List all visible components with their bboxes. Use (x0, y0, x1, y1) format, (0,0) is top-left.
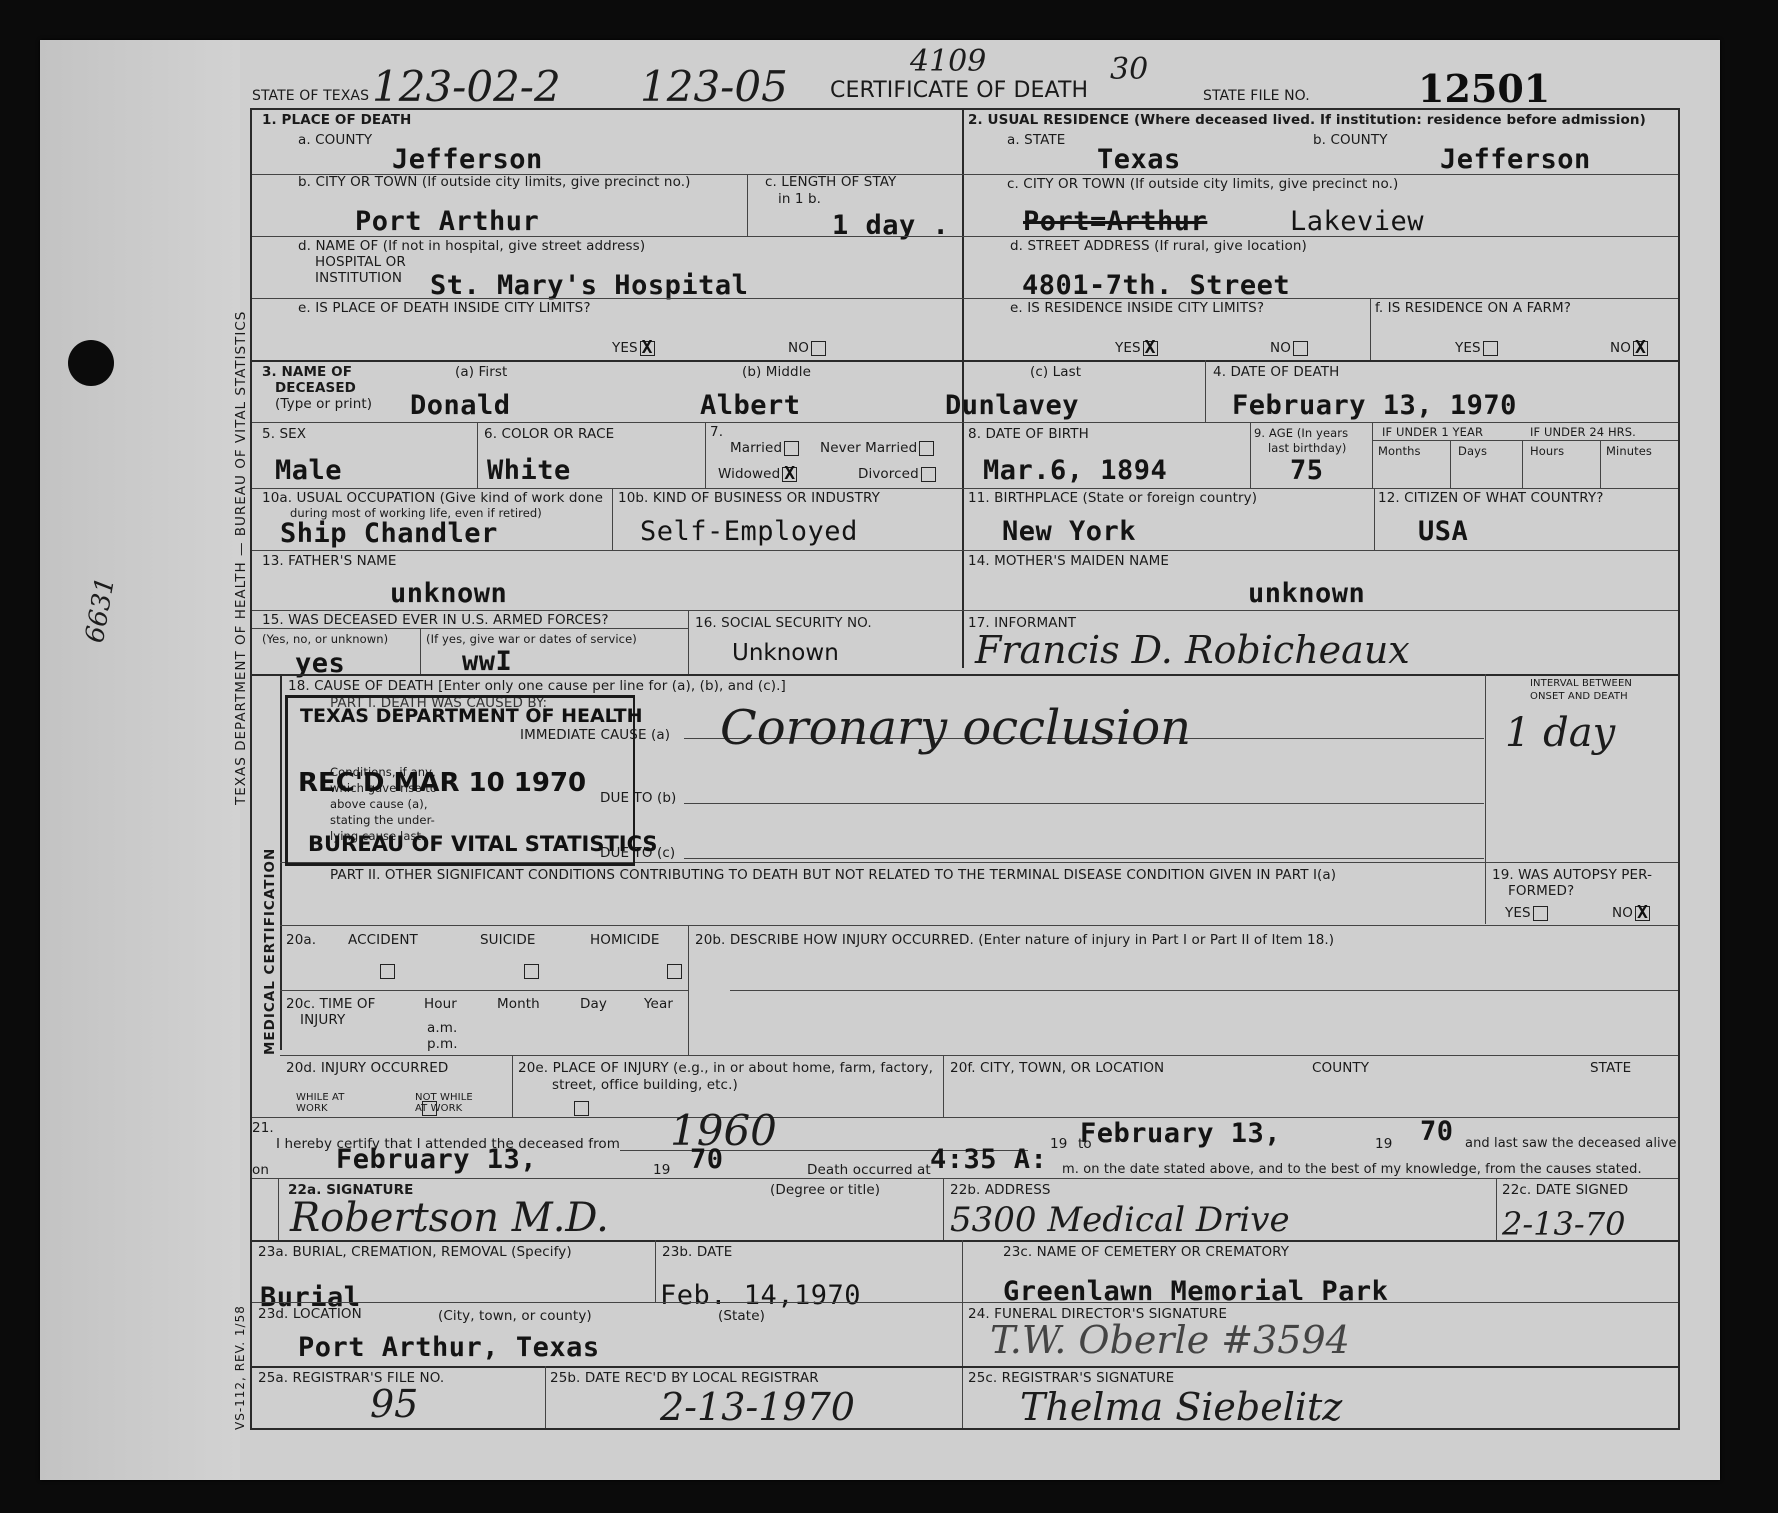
informant-signature: Francis D. Robicheaux (975, 628, 1410, 672)
business-value: Self-Employed (640, 516, 858, 547)
degree-label: (Degree or title) (770, 1182, 880, 1198)
physician-signature: Robertson M.D. (290, 1195, 609, 1241)
injury-county-label: COUNTY (1312, 1060, 1369, 1076)
place-of-injury-label-2: street, office building, etc.) (552, 1077, 738, 1093)
res-farm-yes[interactable]: YES (1455, 340, 1498, 356)
from-19: 19 (1050, 1136, 1067, 1152)
accident-checkbox[interactable] (380, 964, 395, 979)
date-of-death-label: 4. DATE OF DEATH (1213, 364, 1339, 380)
checkbox[interactable] (919, 441, 934, 456)
cause-of-death-label: 18. CAUSE OF DEATH [Enter only one cause… (288, 678, 786, 694)
ssn-label: 16. SOCIAL SECURITY NO. (695, 615, 872, 631)
registrar-signature: Thelma Siebelitz (1020, 1385, 1342, 1429)
res-farm-no[interactable]: NO (1610, 340, 1648, 356)
checkbox-checked[interactable] (782, 467, 797, 482)
checkbox[interactable] (921, 467, 936, 482)
sex-value: Male (275, 455, 342, 486)
res-county-label: b. COUNTY (1313, 132, 1388, 148)
part2-label: PART II. OTHER SIGNIFICANT CONDITIONS CO… (330, 867, 1336, 883)
attended-to-year: 70 (1420, 1116, 1454, 1147)
not-while-at-work-label: NOT WHILE AT WORK (415, 1092, 480, 1114)
burial-date-value: Feb. 14,1970 (660, 1280, 861, 1311)
length-of-stay-label-2: in 1 b. (778, 191, 821, 207)
occupation-value: Ship Chandler (280, 518, 498, 549)
handwritten-top-1: 4109 (910, 44, 986, 79)
handwritten-top-2: 30 (1110, 52, 1148, 87)
state-of-texas-label: STATE OF TEXAS (252, 88, 369, 104)
last-name-label: (c) Last (1030, 364, 1081, 380)
pm-label: p.m. (427, 1036, 458, 1052)
citizen-value: USA (1418, 516, 1468, 547)
injury-20a-label: 20a. (286, 932, 316, 948)
autopsy-label-2: FORMED? (1508, 883, 1574, 899)
checkbox[interactable] (1293, 341, 1308, 356)
mother-label: 14. MOTHER'S MAIDEN NAME (968, 553, 1169, 569)
sex-label: 5. SEX (262, 426, 306, 442)
hospital-label: d. NAME OF (If not in hospital, give str… (298, 238, 645, 254)
handwritten-code-1: 123-02-2 (372, 62, 561, 111)
pod-inside-city-no[interactable]: NO (788, 340, 826, 356)
left-margin-department-label: TEXAS DEPARTMENT OF HEALTH — BUREAU OF V… (233, 311, 249, 805)
checkbox-checked[interactable] (640, 341, 655, 356)
under-24-hrs-label: IF UNDER 24 HRS. (1530, 425, 1636, 439)
medical-certification-label: MEDICAL CERTIFICATION (262, 848, 278, 1055)
accident-label: ACCIDENT (348, 932, 418, 948)
registrar-date-value: 2-13-1970 (660, 1385, 855, 1429)
res-inside-city-label: e. IS RESIDENCE INSIDE CITY LIMITS? (1010, 300, 1264, 316)
month-label: Month (497, 996, 540, 1012)
last-saw-date: February 13, (336, 1144, 537, 1175)
age-label: 9. AGE (In years (1254, 426, 1348, 440)
certification-number: 21. (252, 1120, 274, 1136)
immediate-cause-value: Coronary occlusion (720, 700, 1191, 756)
hours-label: Hours (1530, 444, 1564, 458)
stamp-line-1: TEXAS DEPARTMENT OF HEALTH (300, 705, 642, 727)
injury-city-label: 20f. CITY, TOWN, OR LOCATION (950, 1060, 1164, 1076)
ssn-value: Unknown (732, 640, 839, 666)
last-saw-text: and last saw the deceased alive (1465, 1136, 1677, 1151)
interval-value: 1 day (1505, 710, 1615, 756)
registrar-date-label: 25b. DATE REC'D BY LOCAL REGISTRAR (550, 1370, 819, 1386)
state-file-no-label: STATE FILE NO. (1203, 88, 1310, 104)
months-label: Months (1378, 444, 1421, 458)
handwritten-code-2: 123-05 (640, 62, 788, 111)
funeral-director-signature: T.W. Oberle #3594 (990, 1318, 1350, 1362)
homicide-checkbox[interactable] (667, 964, 682, 979)
checkbox-checked[interactable] (1635, 906, 1650, 921)
hour-label: Hour (424, 996, 457, 1012)
injury-state-label: STATE (1590, 1060, 1631, 1076)
injury-description-label: 20b. DESCRIBE HOW INJURY OCCURRED. (Ente… (695, 932, 1334, 948)
dob-label: 8. DATE OF BIRTH (968, 426, 1089, 442)
stamp-line-2: REC'D MAR 10 1970 (298, 768, 586, 798)
under-1-year-label: IF UNDER 1 YEAR (1382, 425, 1483, 439)
state-file-number: 12501 (1418, 66, 1550, 111)
punch-hole (68, 340, 114, 386)
hospital-label-2: HOSPITAL OR (315, 254, 406, 270)
residence-label: 2. USUAL RESIDENCE (Where deceased lived… (968, 112, 1646, 128)
death-time-suffix: m. on the date stated above, and to the … (1062, 1162, 1642, 1177)
on-label: on (252, 1162, 269, 1178)
res-street-label: d. STREET ADDRESS (If rural, give locati… (1010, 238, 1307, 254)
name-label-2: DECEASED (275, 380, 356, 396)
birthplace-label: 11. BIRTHPLACE (State or foreign country… (968, 490, 1257, 506)
marital-label: 7. (710, 424, 723, 440)
date-signed-label: 22c. DATE SIGNED (1502, 1182, 1628, 1198)
autopsy-no[interactable]: NO (1612, 905, 1650, 921)
age-label-2: last birthday) (1268, 441, 1346, 455)
divorced-option[interactable]: Divorced (858, 466, 936, 482)
birthplace-value: New York (1002, 516, 1136, 547)
first-name-value: Donald (410, 390, 511, 421)
length-of-stay-label: c. LENGTH OF STAY (765, 174, 896, 190)
res-county-value: Jefferson (1440, 144, 1591, 175)
attended-to-date: February 13, (1080, 1118, 1281, 1149)
burial-date-label: 23b. DATE (662, 1244, 732, 1260)
burial-state-sublabel: (State) (718, 1308, 765, 1324)
time-of-injury-label: 20c. TIME OF (286, 996, 375, 1012)
name-label-3: (Type or print) (275, 396, 372, 412)
place-of-death-label: 1. PLACE OF DEATH (262, 112, 411, 128)
interval-label: INTERVAL BETWEEN (1530, 678, 1632, 689)
certificate-title: CERTIFICATE OF DEATH (830, 78, 1088, 103)
checkbox[interactable] (1533, 906, 1548, 921)
cemetery-label: 23c. NAME OF CEMETERY OR CREMATORY (1003, 1244, 1289, 1260)
death-time-value: 4:35 A: (930, 1144, 1047, 1175)
interval-label-2: ONSET AND DEATH (1530, 691, 1628, 702)
widowed-option[interactable]: Widowed (718, 466, 797, 482)
pod-county-label: a. COUNTY (298, 132, 372, 148)
age-value: 75 (1290, 455, 1324, 486)
res-street-value: 4801-7th. Street (1022, 270, 1290, 301)
father-value: unknown (390, 578, 507, 609)
suicide-checkbox[interactable] (524, 964, 539, 979)
physician-address-label: 22b. ADDRESS (950, 1182, 1051, 1198)
armed-forces-label: 15. WAS DECEASED EVER IN U.S. ARMED FORC… (262, 612, 609, 628)
while-at-work-label: WHILE AT WORK (296, 1092, 356, 1114)
pod-inside-city-label: e. IS PLACE OF DEATH INSIDE CITY LIMITS? (298, 300, 591, 316)
burial-location-value: Port Arthur, Texas (298, 1332, 600, 1363)
checkbox-checked[interactable] (1143, 341, 1158, 356)
homicide-label: HOMICIDE (590, 932, 660, 948)
autopsy-label: 19. WAS AUTOPSY PER- (1492, 867, 1652, 883)
res-inside-city-yes[interactable]: YES (1115, 340, 1158, 356)
race-label: 6. COLOR OR RACE (484, 426, 614, 442)
days-label: Days (1458, 444, 1487, 458)
checkbox[interactable] (811, 341, 826, 356)
war-value: wwI (462, 646, 512, 677)
registrar-file-value: 95 (370, 1382, 418, 1426)
stamp-line-3: BUREAU OF VITAL STATISTICS (308, 832, 658, 856)
business-label: 10b. KIND OF BUSINESS OR INDUSTRY (618, 490, 880, 506)
hospital-value: St. Mary's Hospital (430, 270, 748, 301)
not-while-at-work-checkbox[interactable] (574, 1101, 589, 1116)
pod-county-value: Jefferson (392, 144, 543, 175)
minutes-label: Minutes (1606, 444, 1652, 458)
married-option[interactable]: Married (730, 440, 799, 456)
name-label: 3. NAME OF (262, 364, 352, 380)
burial-location-sublabel: (City, town, or county) (438, 1308, 592, 1324)
place-of-injury-label: 20e. PLACE OF INJURY (e.g., in or about … (518, 1060, 933, 1076)
date-of-death-value: February 13, 1970 (1232, 390, 1517, 421)
dob-value: Mar.6, 1894 (983, 455, 1167, 486)
date-signed-value: 2-13-70 (1502, 1205, 1625, 1243)
first-name-label: (a) First (455, 364, 507, 380)
res-city-value: Lakeview (1290, 206, 1424, 237)
registrar-signature-label: 25c. REGISTRAR'S SIGNATURE (968, 1370, 1174, 1386)
res-inside-city-no[interactable]: NO (1270, 340, 1308, 356)
armed-sub-label-2: (If yes, give war or dates of service) (426, 632, 637, 646)
pod-city-label: b. CITY OR TOWN (If outside city limits,… (298, 174, 690, 190)
race-value: White (487, 455, 571, 486)
never-married-option[interactable]: Never Married (820, 440, 934, 456)
middle-name-label: (b) Middle (742, 364, 811, 380)
middle-name-value: Albert (700, 390, 801, 421)
checkbox[interactable] (1483, 341, 1498, 356)
res-state-value: Texas (1097, 144, 1181, 175)
death-occurred-label: Death occurred at (807, 1162, 931, 1178)
hospital-label-3: INSTITUTION (315, 270, 402, 286)
res-city-label: c. CITY OR TOWN (If outside city limits,… (1007, 176, 1398, 192)
pod-city-value: Port Arthur (355, 206, 539, 237)
physician-address-value: 5300 Medical Drive (950, 1200, 1290, 1240)
checkbox[interactable] (784, 441, 799, 456)
am-label: a.m. (427, 1020, 457, 1036)
day-label: Day (580, 996, 607, 1012)
burial-location-label: 23d. LOCATION (258, 1306, 362, 1322)
suicide-label: SUICIDE (480, 932, 535, 948)
last-saw-year: 70 (690, 1144, 724, 1175)
father-label: 13. FATHER'S NAME (262, 553, 397, 569)
last-name-value: Dunlavey (945, 390, 1079, 421)
year-label: Year (644, 996, 673, 1012)
pod-inside-city-yes[interactable]: YES (612, 340, 655, 356)
autopsy-yes[interactable]: YES (1505, 905, 1548, 921)
res-state-label: a. STATE (1007, 132, 1065, 148)
citizen-label: 12. CITIZEN OF WHAT COUNTRY? (1378, 490, 1603, 506)
form-number-label: VS-112, REV. 1/58 (233, 1305, 247, 1430)
armed-sub-label-1: (Yes, no, or unknown) (262, 632, 388, 646)
res-farm-label: f. IS RESIDENCE ON A FARM? (1375, 300, 1571, 316)
occupation-label: 10a. USUAL OCCUPATION (Give kind of work… (262, 490, 603, 506)
burial-method-label: 23a. BURIAL, CREMATION, REMOVAL (Specify… (258, 1244, 572, 1260)
on-19: 19 (653, 1162, 670, 1178)
checkbox-checked[interactable] (1633, 341, 1648, 356)
to-19: 19 (1375, 1136, 1392, 1152)
res-city-struck: Port=Arthur (1023, 206, 1207, 237)
mother-value: unknown (1248, 578, 1365, 609)
injury-occurred-label: 20d. INJURY OCCURRED (286, 1060, 448, 1076)
time-of-injury-label-2: INJURY (300, 1012, 345, 1028)
